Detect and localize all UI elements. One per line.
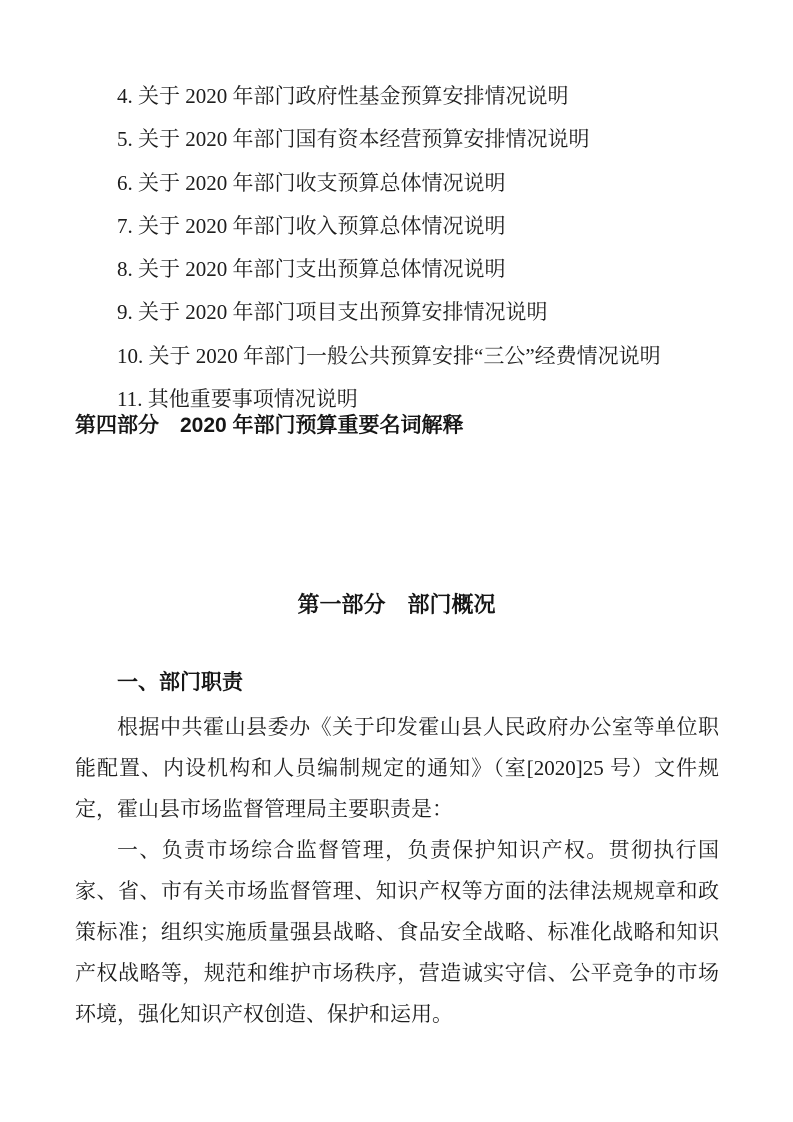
paragraph-duty-one: 一、负责市场综合监督管理，负责保护知识产权。贯彻执行国家、省、市有关市场监督管理… xyxy=(75,830,719,1035)
paragraph-basis: 根据中共霍山县委办《关于印发霍山县人民政府办公室等单位职能配置、内设机构和人员编… xyxy=(75,707,719,830)
toc-item-9: 9. 关于 2020 年部门项目支出预算安排情况说明 xyxy=(75,291,719,334)
toc-item-8: 8. 关于 2020 年部门支出预算总体情况说明 xyxy=(75,248,719,291)
section-heading-department-duties: 一、部门职责 xyxy=(117,671,243,695)
toc-item-4: 4. 关于 2020 年部门政府性基金预算安排情况说明 xyxy=(75,75,719,118)
toc-item-10: 10. 关于 2020 年部门一般公共预算安排“三公”经费情况说明 xyxy=(75,335,719,378)
toc-item-6: 6. 关于 2020 年部门收支预算总体情况说明 xyxy=(75,162,719,205)
part-one-heading: 第一部分 部门概况 xyxy=(0,592,793,618)
document-page: 4. 关于 2020 年部门政府性基金预算安排情况说明 5. 关于 2020 年… xyxy=(0,0,793,1122)
toc-item-7: 7. 关于 2020 年部门收入预算总体情况说明 xyxy=(75,205,719,248)
body-text: 根据中共霍山县委办《关于印发霍山县人民政府办公室等单位职能配置、内设机构和人员编… xyxy=(75,707,719,1035)
part-four-heading: 第四部分 2020 年部门预算重要名词解释 xyxy=(75,414,464,438)
toc-list: 4. 关于 2020 年部门政府性基金预算安排情况说明 5. 关于 2020 年… xyxy=(75,75,719,421)
toc-item-5: 5. 关于 2020 年部门国有资本经营预算安排情况说明 xyxy=(75,118,719,161)
